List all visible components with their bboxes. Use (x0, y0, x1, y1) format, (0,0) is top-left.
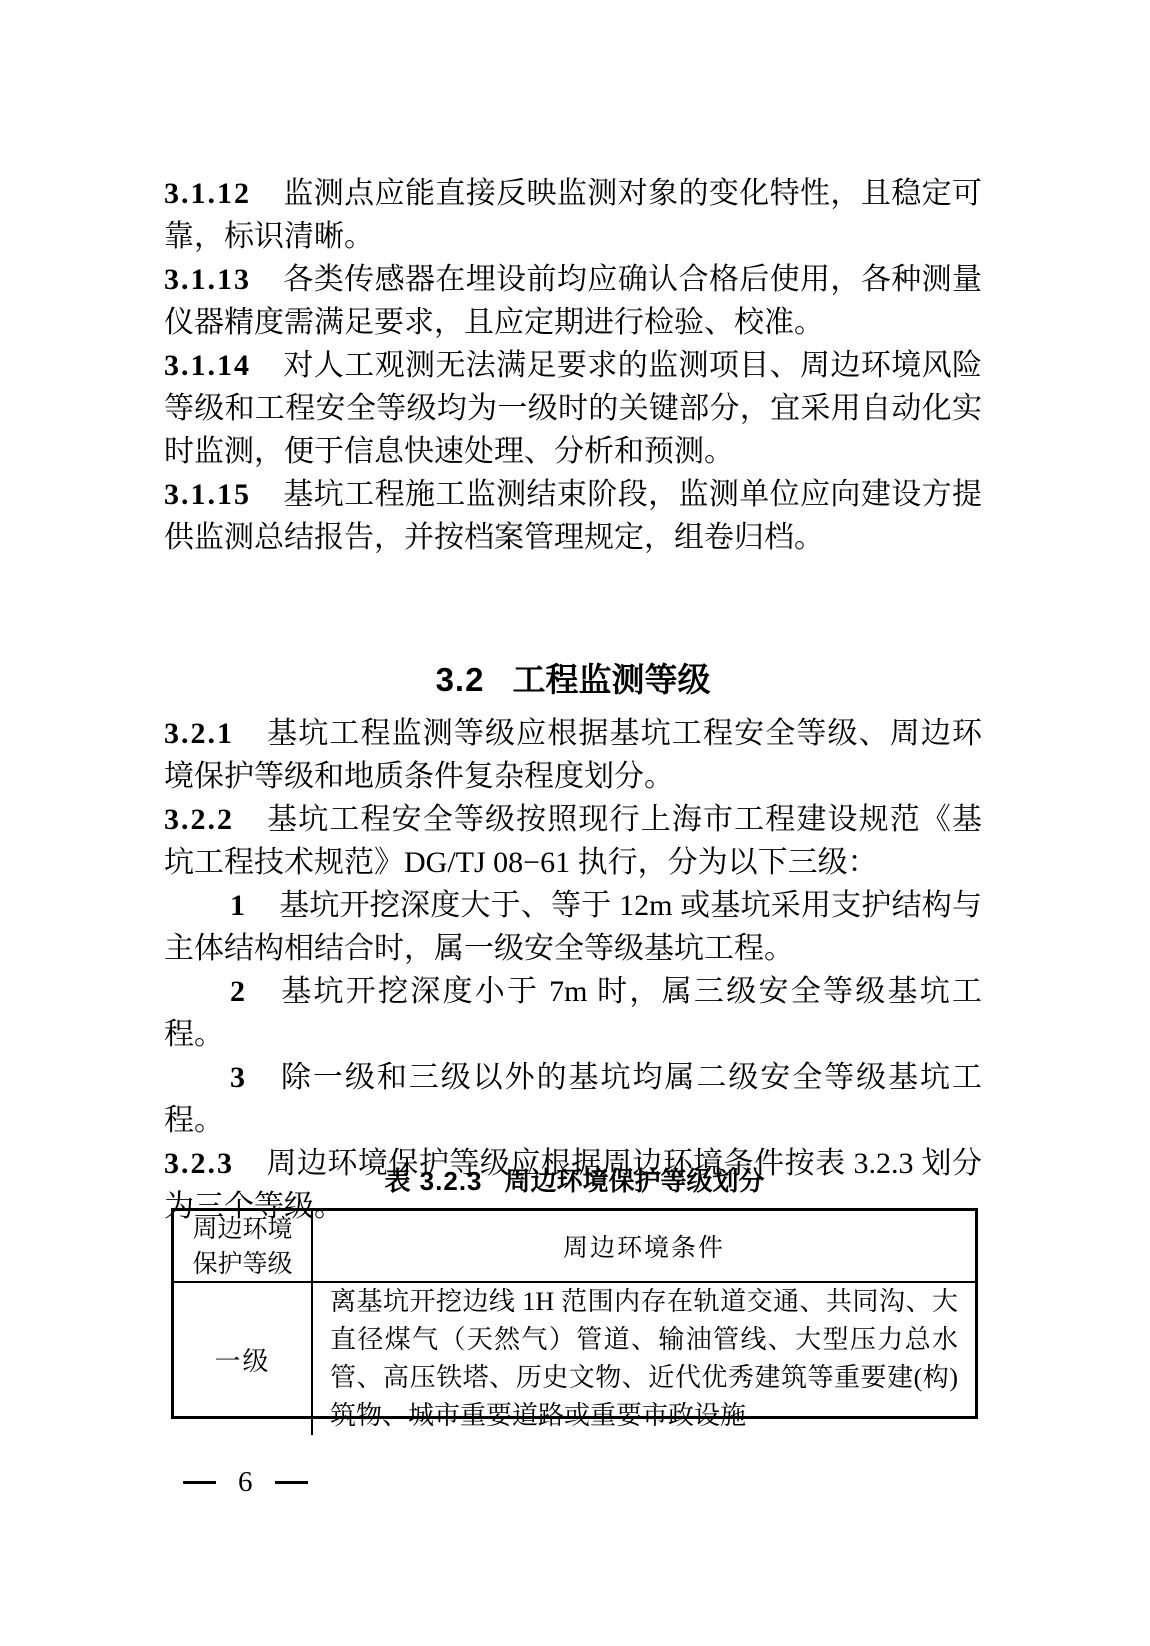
table-cell-level-text: 一级 (214, 1341, 270, 1378)
table-header-line2: 保护等级 (192, 1247, 292, 1282)
table-caption: 表 3.2.3周边环境保护等级划分 (171, 1164, 978, 1198)
subclause-number: 1 (230, 889, 245, 922)
clause-number: 3.1.15 (164, 478, 251, 511)
clause-text: 基坑工程监测等级应根据基坑工程安全等级、周边环境保护等级和地质条件复杂程度划分。 (164, 717, 982, 793)
clause-3-1-14: 3.1.14对人工观测无法满足要求的监测项目、周边环境风险等级和工程安全等级均为… (164, 344, 982, 473)
table-caption-title: 周边环境保护等级划分 (505, 1166, 765, 1196)
clause-3-2-1: 3.2.1基坑工程监测等级应根据基坑工程安全等级、周边环境保护等级和地质条件复杂… (164, 712, 982, 798)
subclause-2: 2基坑开挖深度小于 7m 时，属三级安全等级基坑工程。 (164, 970, 982, 1056)
table-caption-label: 表 3.2.3 (384, 1166, 482, 1196)
clause-number: 3.1.14 (164, 349, 251, 382)
section-number: 3.2 (436, 661, 485, 698)
clause-3-1-15: 3.1.15基坑工程施工监测结束阶段，监测单位应向建设方提供监测总结报告，并按档… (164, 473, 982, 559)
page-number: 6 (234, 1466, 257, 1498)
clause-number: 3.2.2 (164, 803, 234, 836)
table-header-text: 周边环境条件 (563, 1228, 725, 1264)
footer-dash-right (275, 1481, 308, 1484)
footer-dash-left (183, 1481, 216, 1484)
clause-3-1-12: 3.1.12监测点应能直接反映监测对象的变化特性，且稳定可靠，标识清晰。 (164, 172, 982, 258)
document-page: 3.1.12监测点应能直接反映监测对象的变化特性，且稳定可靠，标识清晰。 3.1… (0, 0, 1150, 1646)
table-header-protection-level: 周边环境 保护等级 (174, 1211, 313, 1283)
table-header-line1: 周边环境 (192, 1212, 292, 1247)
table-3-2-3: 周边环境 保护等级 周边环境条件 一级 离基坑开挖边线 1H 范围内存在轨道交通… (171, 1208, 978, 1419)
table-cell-level: 一级 (174, 1283, 313, 1435)
table-cell-condition: 离基坑开挖边线 1H 范围内存在轨道交通、共同沟、大直径煤气（天然气）管道、输油… (313, 1283, 975, 1435)
clause-text: 各类传感器在埋设前均应确认合格后使用，各种测量仪器精度需满足要求，且应定期进行检… (164, 263, 982, 339)
subclause-number: 3 (230, 1061, 245, 1094)
subclause-number: 2 (230, 975, 245, 1008)
clause-number: 3.2.1 (164, 717, 234, 750)
section-heading-3-2: 3.2工程监测等级 (164, 658, 982, 702)
subclause-1: 1基坑开挖深度大于、等于 12m 或基坑采用支护结构与主体结构相结合时，属一级安… (164, 884, 982, 970)
subclause-text: 基坑开挖深度小于 7m 时，属三级安全等级基坑工程。 (164, 975, 982, 1051)
clause-text: 基坑工程安全等级按照现行上海市工程建设规范《基坑工程技术规范》DG/TJ 08−… (164, 803, 982, 879)
section-3-2-clauses: 3.2.1基坑工程监测等级应根据基坑工程安全等级、周边环境保护等级和地质条件复杂… (164, 712, 982, 1228)
table-cell-condition-text: 离基坑开挖边线 1H 范围内存在轨道交通、共同沟、大直径煤气（天然气）管道、输油… (330, 1283, 958, 1435)
clause-3-1-13: 3.1.13各类传感器在埋设前均应确认合格后使用，各种测量仪器精度需满足要求，且… (164, 258, 982, 344)
clause-text: 对人工观测无法满足要求的监测项目、周边环境风险等级和工程安全等级均为一级时的关键… (164, 349, 982, 468)
page-footer: 6 (183, 1466, 308, 1498)
clause-text: 基坑工程施工监测结束阶段，监测单位应向建设方提供监测总结报告，并按档案管理规定，… (164, 478, 982, 554)
section-title: 工程监测等级 (512, 661, 710, 698)
clause-number: 3.1.13 (164, 263, 251, 296)
subclause-3: 3除一级和三级以外的基坑均属二级安全等级基坑工程。 (164, 1056, 982, 1142)
subclause-text: 基坑开挖深度大于、等于 12m 或基坑采用支护结构与主体结构相结合时，属一级安全… (164, 889, 982, 965)
clause-text: 监测点应能直接反映监测对象的变化特性，且稳定可靠，标识清晰。 (164, 177, 982, 253)
table-header-environment-condition: 周边环境条件 (313, 1211, 975, 1283)
clause-number: 3.1.12 (164, 177, 251, 210)
subclause-text: 除一级和三级以外的基坑均属二级安全等级基坑工程。 (164, 1061, 982, 1137)
section-3-1-clauses: 3.1.12监测点应能直接反映监测对象的变化特性，且稳定可靠，标识清晰。 3.1… (164, 172, 982, 559)
clause-3-2-2: 3.2.2基坑工程安全等级按照现行上海市工程建设规范《基坑工程技术规范》DG/T… (164, 798, 982, 884)
